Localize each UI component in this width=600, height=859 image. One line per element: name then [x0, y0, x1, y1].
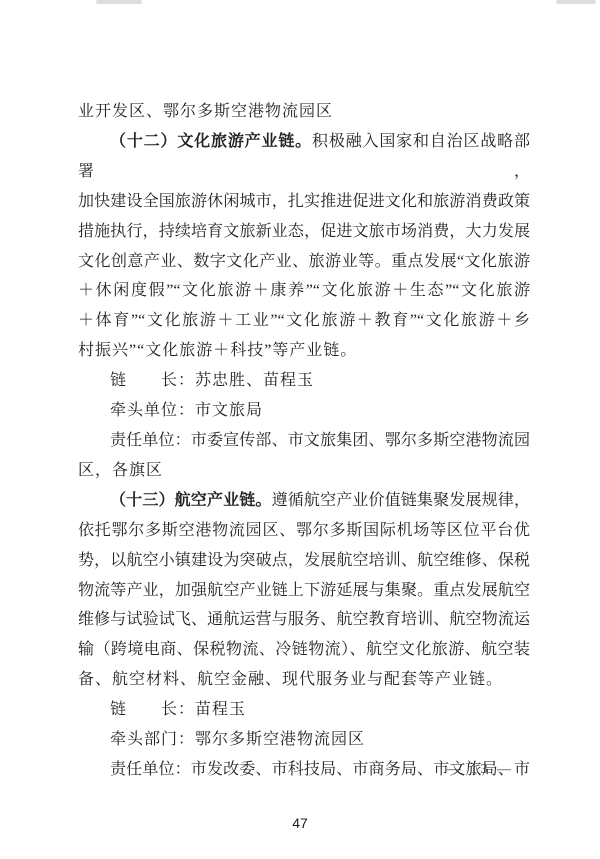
- text-line: 业开发区、鄂尔多斯空港物流园区: [78, 97, 530, 127]
- body-text: 业开发区、鄂尔多斯空港物流园区: [78, 103, 333, 120]
- text-line: 势，以航空小镇建设为突破点，发展航空培训、航空维修、保税: [78, 546, 530, 576]
- text-line: ＋体育”“文化旅游＋工业”“文化旅游＋教育”“文化旅游＋乡: [78, 306, 530, 336]
- text-line: 措施执行，持续培育文旅新业态，促进文旅市场消费，大力发展: [78, 217, 530, 247]
- body-text: ＋休闲度假”“文化旅游＋康养”“文化旅游＋生态”“文化旅游: [78, 282, 530, 299]
- text-line: 文化创意产业、数字文化产业、旅游业等。重点发展“文化旅游: [78, 247, 530, 277]
- body-text: 链 长：苗程玉: [110, 701, 246, 718]
- text-line: ＋休闲度假”“文化旅游＋康养”“文化旅游＋生态”“文化旅游: [78, 276, 530, 306]
- body-text: ＋体育”“文化旅游＋工业”“文化旅游＋教育”“文化旅游＋乡: [78, 312, 530, 329]
- text-line: （十二）文化旅游产业链。积极融入国家和自治区战略部署，: [78, 127, 530, 187]
- body-text: 牵头部门：鄂尔多斯空港物流园区: [110, 731, 365, 748]
- body-text: 输（跨境电商、保税物流、冷链物流）、航空文化旅游、航空装: [78, 641, 530, 658]
- text-line: 维修与试验试飞、通航运营与服务、航空教育培训、航空物流运: [78, 605, 530, 635]
- text-line: （十三）航空产业链。遵循航空产业价值链集聚发展规律，: [78, 486, 530, 516]
- body-text: 措施执行，持续培育文旅新业态，促进文旅市场消费，大力发展: [78, 223, 530, 240]
- page-number: — 13 —: [447, 762, 514, 778]
- text-line: 物流等产业，加强航空产业链上下游延展与集聚。重点发展航空: [78, 576, 530, 606]
- body-text: 势，以航空小镇建设为突破点，发展航空培训、航空维修、保税: [78, 552, 530, 569]
- body-text: 牵头单位：市文旅局: [110, 402, 263, 419]
- body-text: 责任单位：市委宣传部、市文旅集团、鄂尔多斯空港物流园: [110, 432, 530, 449]
- text-line: 链 长：苏忠胜、苗程玉: [78, 366, 530, 396]
- body-text: 依托鄂尔多斯空港物流园区、鄂尔多斯国际机场等区位平台优: [78, 522, 530, 539]
- text-line: 依托鄂尔多斯空港物流园区、鄂尔多斯国际机场等区位平台优: [78, 516, 530, 546]
- text-line: 加快建设全国旅游休闲城市，扎实推进促进文化和旅游消费政策: [78, 187, 530, 217]
- scan-artifact: [556, 0, 596, 4]
- scan-artifact: [96, 0, 142, 4]
- text-line: 牵头单位：市文旅局: [78, 396, 530, 426]
- text-line: 备、航空材料、航空金融、现代服务业与配套等产业链。: [78, 665, 530, 695]
- body-text: 遵循航空产业价值链集聚发展规律，: [272, 492, 530, 509]
- body-text: 加快建设全国旅游休闲城市，扎实推进促进文化和旅游消费政策: [78, 193, 530, 210]
- text-line: 区，各旗区: [78, 456, 530, 486]
- document-page: 业开发区、鄂尔多斯空港物流园区（十二）文化旅游产业链。积极融入国家和自治区战略部…: [0, 0, 600, 859]
- text-line: 链 长：苗程玉: [78, 695, 530, 725]
- text-line: 牵头部门：鄂尔多斯空港物流园区: [78, 725, 530, 755]
- body-text: 村振兴”“文化旅游＋科技”等产业链。: [78, 342, 357, 359]
- text-line: 输（跨境电商、保税物流、冷链物流）、航空文化旅游、航空装: [78, 635, 530, 665]
- text-line: 责任单位：市委宣传部、市文旅集团、鄂尔多斯空港物流园: [78, 426, 530, 456]
- section-heading-text: （十三）航空产业链。: [110, 492, 272, 509]
- body-text: 备、航空材料、航空金融、现代服务业与配套等产业链。: [78, 671, 503, 688]
- text-line: 村振兴”“文化旅游＋科技”等产业链。: [78, 336, 530, 366]
- pdf-page-number: 47: [0, 815, 600, 831]
- body-text: 维修与试验试飞、通航运营与服务、航空教育培训、航空物流运: [78, 611, 530, 628]
- body-text: 链 长：苏忠胜、苗程玉: [110, 372, 314, 389]
- body-text: 文化创意产业、数字文化产业、旅游业等。重点发展“文化旅游: [78, 253, 530, 270]
- body-text: 区，各旗区: [78, 462, 163, 479]
- body-text: 物流等产业，加强航空产业链上下游延展与集聚。重点发展航空: [78, 582, 530, 599]
- document-lines: 业开发区、鄂尔多斯空港物流园区（十二）文化旅游产业链。积极融入国家和自治区战略部…: [78, 97, 530, 785]
- section-heading-text: （十二）文化旅游产业链。: [110, 133, 312, 150]
